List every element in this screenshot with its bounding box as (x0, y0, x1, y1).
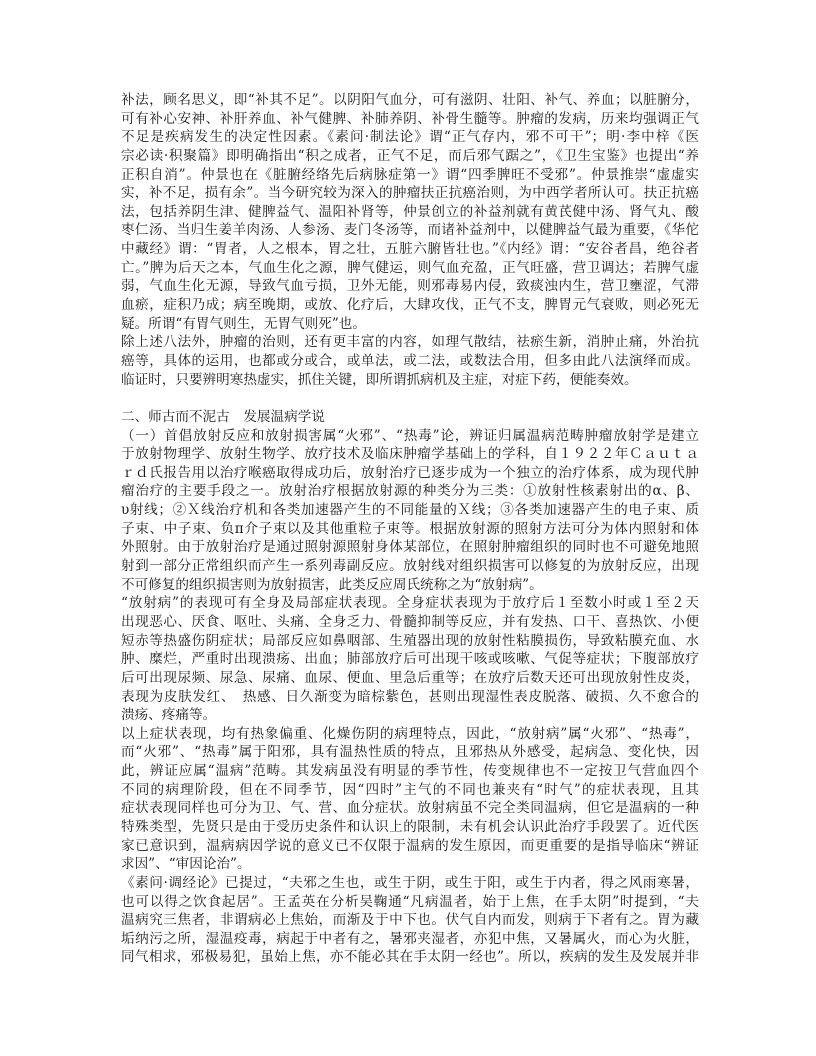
text-line: 以上症状表现，均有热象偏重、化燥伤阴的病理特点，因此，“放射病”属“火邪”、“热… (121, 725, 699, 744)
text-line: 于放射物理学、放射生物学、放疗技术及临床肿瘤学基础上的学科，自１９２２年Ｃａｕｔ… (121, 445, 699, 464)
text-line: 溃疡、疼痛等。 (121, 706, 699, 725)
text-line: 外照射。由于放射治疗是通过照射源照射身体某部位，在照射肿瘤组织的同时也不可避免地… (121, 538, 699, 557)
text-line: 症状表现同样也可分为卫、气、营、血分症状。放射病虽不完全类同温病，但它是温病的一… (121, 799, 699, 818)
text-line: 中藏经》谓：“胃者，人之根本，胃之壮，五脏六腑皆壮也。”《内经》谓：“安谷者昌，… (121, 240, 699, 259)
text-line: “放射病”的表现可有全身及局部症状表现。全身症状表现为于放疗后１至数小时或１至２… (121, 594, 699, 613)
text-line: 短赤等热盛伤阴症状；局部反应如鼻咽部、生殖器出现的放射性粘膜损伤，导致粘膜充血、… (121, 632, 699, 651)
text-line: 补法，顾名思义，即“补其不足”。以阴阳气血分，可有滋阴、壮阳、补气、养血；以脏腑… (121, 91, 699, 110)
text-line: 表现为皮肤发红、 热感、日久渐变为暗棕紫色，甚则出现湿性表皮脱落、破损、久不愈合… (121, 688, 699, 707)
paragraph-radiation-symptoms: “放射病”的表现可有全身及局部症状表现。全身症状表现为于放疗后１至数小时或１至２… (121, 594, 699, 724)
text-line: 不同的病理阶段，但在不同季节，因“四时”主气的不同也兼夹有“时气”的症状表现，且… (121, 781, 699, 800)
text-line: ｒｄ氏报告用以治疗喉癌取得成功后，放射治疗已逐步成为一个独立的治疗体系，成为现代… (121, 464, 699, 483)
text-line: 肿、糜烂，严重时出现溃疡、出血；肺部放疗后可出现干咳或咳嗽、气促等症状；下腹部放… (121, 650, 699, 669)
text-line: 同气相求，邪极易犯，虽始上焦，亦不能必其在手太阴一经也”。所以，疾病的发生及发展… (121, 948, 699, 967)
text-line: 温病究三焦者，非谓病必上焦始，而渐及于中下也。伏气自内而发，则病于下者有之。胃为… (121, 911, 699, 930)
text-line: 不可修复的组织损害则为放射损害，此类反应周氏统称之为“放射病”。 (121, 576, 699, 595)
text-line: 弱，气血生化无源，导致气血亏损，卫外无能，则邪毒易内侵，致痰浊内生，营卫壅涩，气… (121, 277, 699, 296)
text-line: 也可以得之饮食起居”。王孟英在分析吴鞠通“凡病温者，始于上焦，在手太阴”时提到，… (121, 893, 699, 912)
text-line: 特殊类型，先贤只是由于受历史条件和认识上的限制，未有机会认识此治疗手段罢了。近代… (121, 818, 699, 837)
text-line: 实，补不足，损有余”。当今研究较为深入的肿瘤扶正抗癌治则，为中西学者所认可。扶正… (121, 184, 699, 203)
section-heading: 二、师古而不泥古 发展温病学说 (121, 408, 699, 427)
text-line: 出现恶心、厌食、呕吐、头痛、全身乏力、骨髓抑制等反应，并有发热、口干、喜热饮、小… (121, 613, 699, 632)
text-line: 射到一部分正常组织而产生一系列毒副反应。放射线对组织损害可以修复的为放射反应，出… (121, 557, 699, 576)
text-line: 宗必读·积聚篇》即明确指出“积之成者，正气不足，而后邪气踞之”，《卫生宝鉴》也提… (121, 147, 699, 166)
text-line: 瘤治疗的主要手段之一。放射治疗根据放射源的种类分为三类：①放射性核素射出的α、β… (121, 482, 699, 501)
paragraph-suwen-quote: 《素问·调经论》已提过，“夫邪之生也，或生于阴，或生于阳，或生于内者，得之风雨寒… (121, 874, 699, 967)
text-line: 《素问·调经论》已提过，“夫邪之生也，或生于阴，或生于阳，或生于内者，得之风雨寒… (121, 874, 699, 893)
paragraph-other-methods: 除上述八法外，肿瘤的治则，还有更丰富的内容，如理气散结，祛瘀生新，消肿止痛，外治… (121, 333, 699, 389)
text-line: 癌等，具体的运用，也都或分或合，或单法，或二法，或数法合用，但多由此八法演绎而成… (121, 352, 699, 371)
text-line: 血瘀，症积乃成；病至晚期，或放、化疗后，大肆攻伐，正气不支，脾胃元气衰败，则必死… (121, 296, 699, 315)
text-line: 正积自消”。仲景也在《脏腑经络先后病脉症第一》谓“四季脾旺不受邪”。仲景推崇“虚… (121, 166, 699, 185)
text-line: 不足是疾病发生的决定性因素。《素问·制法论》谓“正气存内，邪不可干”；明·李中梓… (121, 128, 699, 147)
text-line: 法，包括养阴生津、健脾益气、温阳补肾等，仲景创立的补益剂就有黄芪健中汤、肾气丸、… (121, 203, 699, 222)
text-line: 可有补心安神、补肝养血、补气健脾、补肺养阴、补骨生髓等。肿瘤的发病，历来均强调正… (121, 110, 699, 129)
section-title: 二、师古而不泥古 发展温病学说 (121, 408, 699, 427)
text-line: 疑。所谓“有胃气则生，无胃气则死”也。 (121, 315, 699, 334)
text-line: 除上述八法外，肿瘤的治则，还有更丰富的内容，如理气散结，祛瘀生新，消肿止痛，外治… (121, 333, 699, 352)
paragraph-warm-disease: 以上症状表现，均有热象偏重、化燥伤阴的病理特点，因此，“放射病”属“火邪”、“热… (121, 725, 699, 874)
text-line: （一）首倡放射反应和放射损害属“火邪”、“热毒”论，辨证归属温病范畴肿瘤放射学是… (121, 427, 699, 446)
text-line: 家已意识到，温病病因学说的意义已不仅限于温病的发生原因，而更重要的是指导临床“辨… (121, 837, 699, 856)
text-line: υ射线；②Ｘ线治疗机和各类加速器产生的不同能量的Ｘ线；③各类加速器产生的电子束、… (121, 501, 699, 520)
text-line: 临证时，只要辨明寒热虚实，抓住关键，即所谓抓病机及主症，对症下药，便能奏效。 (121, 371, 699, 390)
text-line: 枣仁汤、当归生姜羊肉汤、人参汤、麦门冬汤等，而诸补益剂中，以健脾益气最为重要，《… (121, 221, 699, 240)
text-line: 后可出现尿频、尿急、尿痛、血尿、便血、里急后重等；在放疗后数天还可出现放射性皮炎… (121, 669, 699, 688)
text-line: 亡。”脾为后天之本，气血生化之源，脾气健运，则气血充盈，正气旺盛，营卫调达；若脾… (121, 259, 699, 278)
blank-line (121, 389, 699, 408)
text-line: 子束、中子束、负π介子束以及其他重粒子束等。根据放射源的照射方法可分为体内照射和… (121, 520, 699, 539)
text-line: 此，辨证应属“温病”范畴。其发病虽没有明显的季节性，传变规律也不一定按卫气营血四… (121, 762, 699, 781)
text-line: 求因”、“审因论治”。 (121, 855, 699, 874)
paragraph-tonifying-method: 补法，顾名思义，即“补其不足”。以阴阳气血分，可有滋阴、壮阳、补气、养血；以脏腑… (121, 91, 699, 333)
text-line: 垢纳污之所，湿温疫毒，病起于中者有之，暑邪夹湿者，亦犯中焦，又暑属火，而心为火脏… (121, 930, 699, 949)
paragraph-radiation-theory: （一）首倡放射反应和放射损害属“火邪”、“热毒”论，辨证归属温病范畴肿瘤放射学是… (121, 427, 699, 595)
text-line: 而“火邪”、“热毒”属于阳邪，具有温热性质的特点，且邪热从外感受，起病急、变化快… (121, 743, 699, 762)
document-page: 补法，顾名思义，即“补其不足”。以阴阳气血分，可有滋阴、壮阳、补气、养血；以脏腑… (121, 91, 699, 967)
